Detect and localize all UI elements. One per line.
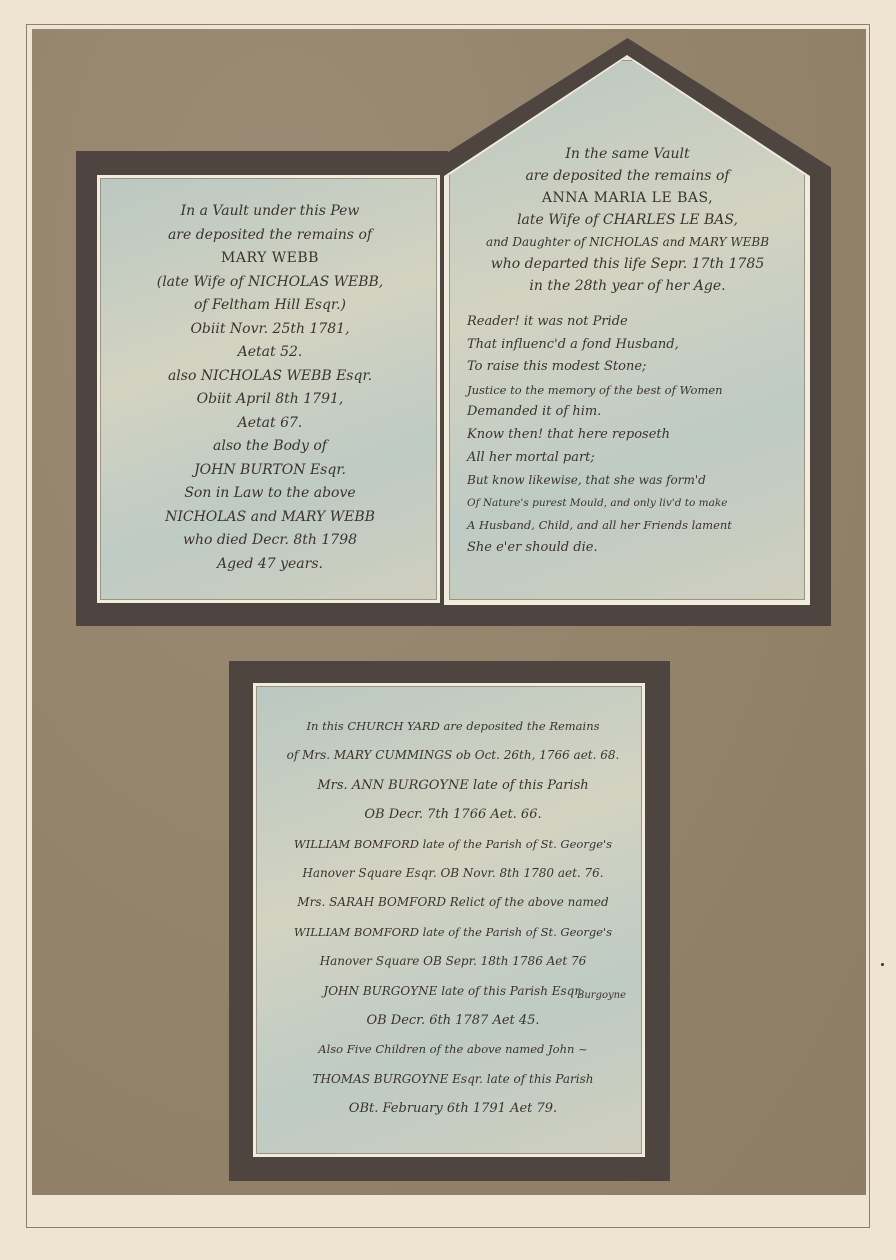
inscription-line: OB Decr. 6th 1787 Aet 45. [258,1006,648,1035]
inscription-line: WILLIAM BOMFORD late of the Parish of St… [258,830,648,859]
inscription-line: also NICHOLAS WEBB Esqr. [110,365,430,389]
inscription-line: ANNA MARIA LE BAS, [455,187,800,209]
inscription-line: In this CHURCH YARD are deposited the Re… [258,712,648,741]
inscription-line: WILLIAM BOMFORD late of the Parish of St… [258,918,648,947]
right-inscription: In the same Vault are deposited the rema… [455,143,800,297]
inscription-line: MARY WEBB [110,247,430,271]
inscription-line: who departed this life Sepr. 17th 1785 [455,253,800,275]
inscription-line: Aetat 52. [110,341,430,365]
bottom-inscription: In this CHURCH YARD are deposited the Re… [258,712,648,1124]
verse-line: Justice to the memory of the best of Wom… [467,379,807,402]
left-inscription: In a Vault under this Pew are deposited … [110,200,430,576]
inscription-line: Obiit April 8th 1791, [110,388,430,412]
inscription-line: of Feltham Hill Esqr.) [110,294,430,318]
inscription-line: NICHOLAS and MARY WEBB [110,506,430,530]
right-verse: Reader! it was not Pride That influenc'd… [467,311,807,560]
verse-line: But know likewise, that she was form'd [467,469,807,492]
verse-line: Demanded it of him. [467,401,807,424]
verse-line: All her mortal part; [467,447,807,470]
inscription-line: late Wife of CHARLES LE BAS, [455,209,800,231]
verse-line: That influenc'd a fond Husband, [467,334,807,357]
inscription-line: Also Five Children of the above named Jo… [258,1035,648,1064]
inscription-line: in the 28th year of her Age. [455,275,800,297]
inscription-line: Obiit Novr. 25th 1781, [110,318,430,342]
inscription-line: Mrs. SARAH BOMFORD Relict of the above n… [258,888,648,917]
inscription-line: Mrs. ANN BURGOYNE late of this Parish [258,771,648,800]
inscription-line: (late Wife of NICHOLAS WEBB, [110,271,430,295]
insertion-note: Burgoyne [577,990,626,1001]
inscription-line: THOMAS BURGOYNE Esqr. late of this Paris… [258,1065,648,1094]
inscription-line: also the Body of [110,435,430,459]
inscription-line: Aged 47 years. [110,553,430,577]
inscription-line: Aetat 67. [110,412,430,436]
inscription-line: who died Decr. 8th 1798 [110,529,430,553]
verse-line: She e'er should die. [467,537,807,560]
inscription-line: JOHN BURTON Esqr. [110,459,430,483]
ink-speck [881,963,884,966]
inscription-line: Hanover Square OB Sepr. 18th 1786 Aet 76 [258,947,648,976]
inscription-line: are deposited the remains of [455,165,800,187]
inscription-line: are deposited the remains of [110,224,430,248]
inscription-line: In the same Vault [455,143,800,165]
verse-line: To raise this modest Stone; [467,356,807,379]
verse-line: Know then! that here reposeth [467,424,807,447]
inscription-line: and Daughter of NICHOLAS and MARY WEBB [455,231,800,253]
inscription-line: In a Vault under this Pew [110,200,430,224]
inscription-line: OBt. February 6th 1791 Aet 79. [258,1094,648,1123]
inscription-line: Hanover Square Esqr. OB Novr. 8th 1780 a… [258,859,648,888]
inscription-line: Son in Law to the above [110,482,430,506]
verse-line: Reader! it was not Pride [467,311,807,334]
inscription-line: of Mrs. MARY CUMMINGS ob Oct. 26th, 1766… [258,741,648,770]
verse-line: A Husband, Child, and all her Friends la… [467,514,807,537]
inscription-line: OB Decr. 7th 1766 Aet. 66. [258,800,648,829]
verse-line: Of Nature's purest Mould, and only liv'd… [467,492,807,515]
